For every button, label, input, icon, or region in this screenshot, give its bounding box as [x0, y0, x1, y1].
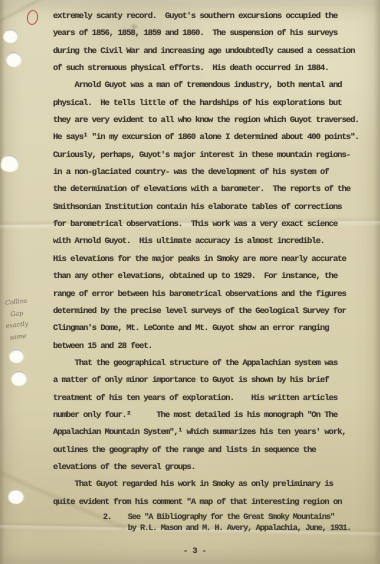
page-number: - 3 -: [183, 546, 206, 556]
punch-hole-torn: [0, 153, 21, 173]
typed-line: That the geographical structure of the A…: [53, 355, 363, 372]
typed-line: outlines the geography of the range and …: [53, 442, 363, 459]
page-edge-shadow-right: [374, 0, 380, 564]
typed-line: elevations of the several groups.: [53, 459, 363, 476]
punch-hole: [9, 349, 24, 363]
typed-line: physical. He tells little of the hardshi…: [53, 95, 363, 112]
typed-line: Smithsonian Institution contain his elab…: [53, 199, 363, 216]
typed-line: extremely scanty record. Guyot's souther…: [53, 8, 363, 25]
typed-line: Appalachian Mountain System",¹ which sum…: [53, 424, 363, 441]
typed-line: in a non-glaciated country- was the deve…: [53, 164, 363, 181]
typed-line: years of 1856, 1858, 1859 and 1860. The …: [53, 25, 363, 42]
typed-line: during the Civil War and increasing age …: [53, 43, 363, 60]
typed-line: with Arnold Guyot. His ultimate accuracy…: [53, 233, 363, 250]
pencil-margin-note: CollinsGapexactlysame: [2, 294, 47, 344]
punch-hole: [6, 52, 22, 67]
typed-line: His elevations for the major peaks in Sm…: [53, 251, 363, 268]
typed-line: determined by the precise level surveys …: [53, 303, 363, 320]
page-edge-shadow-left: [0, 0, 5, 564]
typed-line: than any other elevations, obtained up t…: [53, 268, 363, 285]
red-circle-annotation: [26, 9, 39, 26]
typed-line: range of error between his barometrical …: [53, 286, 363, 303]
footnote-line: 2. See "A Bibliography for the Great Smo…: [103, 512, 351, 523]
footnote-line: by R.L. Mason and M. H. Avery, Appalachi…: [103, 523, 351, 534]
paper-crease: [0, 0, 50, 26]
typed-line: Curiously, perhaps, Guyot's major intere…: [53, 147, 363, 164]
punch-hole: [3, 29, 18, 43]
punch-hole: [8, 489, 24, 504]
footnote: 2. See "A Bibliography for the Great Smo…: [103, 512, 351, 535]
typed-line: number only four.² The most detailed is …: [53, 407, 363, 424]
typed-line: Clingman's Dome, Mt. LeConte and Mt. Guy…: [53, 320, 363, 337]
scanned-page: CollinsGapexactlysame extremely scanty r…: [0, 0, 380, 564]
typed-line: treatment of his ten years of exploratio…: [53, 390, 363, 407]
typed-line: they are very evident to all who know th…: [53, 112, 363, 129]
punch-hole: [11, 371, 27, 386]
typed-line: He says¹ "in my excursion of 1860 alone …: [53, 129, 363, 146]
typed-line: between 15 and 28 feet.: [53, 338, 363, 355]
typed-line: a matter of only minor importance to Guy…: [53, 372, 363, 389]
typed-body-text: extremely scanty record. Guyot's souther…: [53, 8, 363, 511]
typed-line: the determination of elevations with a b…: [53, 181, 363, 198]
typed-line: That Guyot regarded his work in Smoky as…: [53, 476, 363, 493]
typed-line: Arnold Guyot was a man of tremendous ind…: [53, 77, 363, 94]
typed-line: for barometrical observations. This work…: [53, 216, 363, 233]
typed-line: quite evident from his comment "A map of…: [53, 494, 363, 511]
typed-line: of such strenuous physical efforts. His …: [53, 60, 363, 77]
